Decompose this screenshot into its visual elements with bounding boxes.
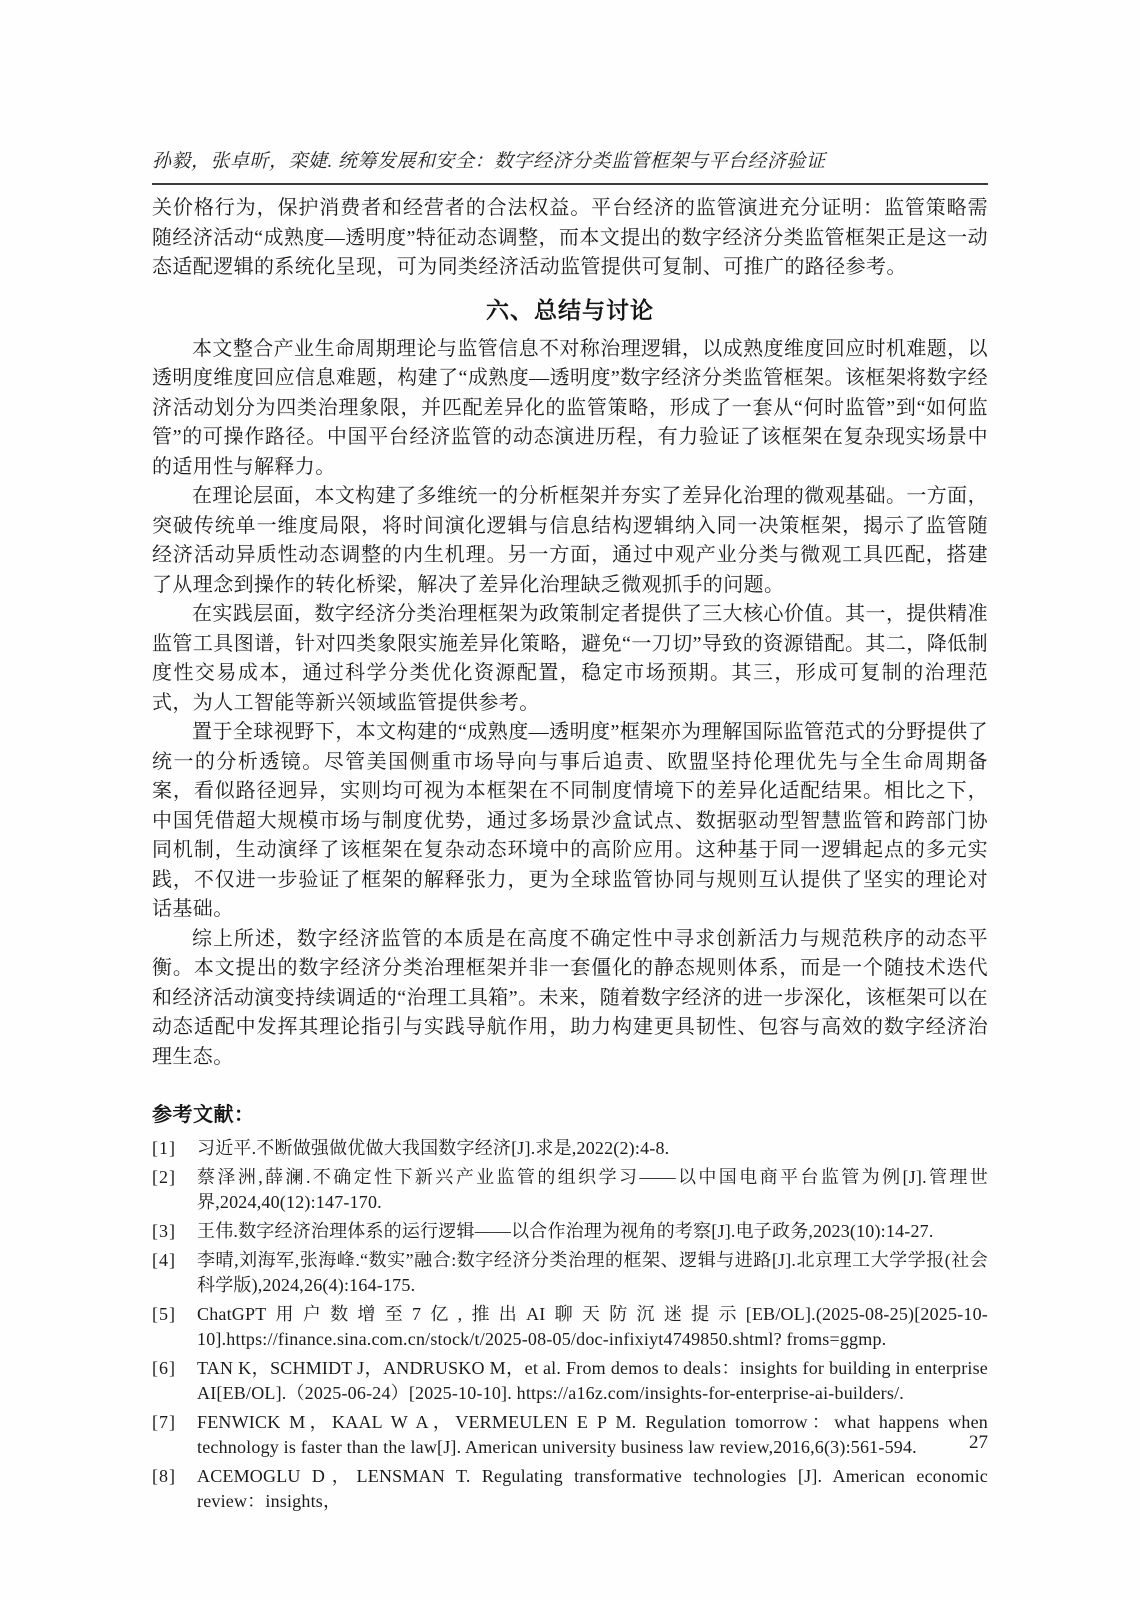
reference-text: ChatGPT用户数增至7亿,推出AI聊天防沉迷提示[EB/OL].(2025-… xyxy=(197,1302,988,1352)
reference-text: 李晴,刘海军,张海峰.“数实”融合:数字经济分类治理的框架、逻辑与进路[J].北… xyxy=(197,1248,988,1298)
reference-item: [8] ACEMOGLU D，LENSMAN T. Regulating tra… xyxy=(152,1464,988,1514)
body-paragraph: 本文整合产业生命周期理论与监管信息不对称治理逻辑，以成熟度维度回应时机难题，以透… xyxy=(152,335,988,483)
reference-item: [3] 王伟.数字经济治理体系的运行逻辑——以合作治理为视角的考察[J].电子政… xyxy=(152,1219,988,1244)
reference-item: [2] 蔡泽洲,薛澜.不确定性下新兴产业监管的组织学习——以中国电商平台监管为例… xyxy=(152,1165,988,1215)
reference-text: 习近平.不断做强做优做大我国数字经济[J].求是,2022(2):4-8. xyxy=(197,1136,988,1161)
reference-item: [4] 李晴,刘海军,张海峰.“数实”融合:数字经济分类治理的框架、逻辑与进路[… xyxy=(152,1248,988,1298)
reference-number: [8] xyxy=(152,1464,197,1489)
running-header: 孙毅，张卓昕，栾婕. 统筹发展和安全：数字经济分类监管框架与平台经济验证 xyxy=(152,150,988,185)
body-paragraph: 在理论层面，本文构建了多维统一的分析框架并夯实了差异化治理的微观基础。一方面，突… xyxy=(152,482,988,600)
reference-text: TAN K，SCHMIDT J，ANDRUSKO M，et al. From d… xyxy=(197,1356,988,1406)
reference-text: ACEMOGLU D，LENSMAN T. Regulating transfo… xyxy=(197,1464,988,1514)
reference-number: [6] xyxy=(152,1356,197,1381)
body-paragraph: 置于全球视野下，本文构建的“成熟度—透明度”框架亦为理解国际监管范式的分野提供了… xyxy=(152,718,988,925)
reference-item: [7] FENWICK M，KAAL W A，VERMEULEN E P M. … xyxy=(152,1410,988,1460)
document-page: 孙毅，张卓昕，栾婕. 统筹发展和安全：数字经济分类监管框架与平台经济验证 关价格… xyxy=(0,0,1140,1600)
references-list: [1] 习近平.不断做强做优做大我国数字经济[J].求是,2022(2):4-8… xyxy=(152,1136,988,1514)
body-paragraph-continuation: 关价格行为，保护消费者和经营者的合法权益。平台经济的监管演进充分证明：监管策略需… xyxy=(152,194,988,283)
body-paragraph: 综上所述，数字经济监管的本质是在高度不确定性中寻求创新活力与规范秩序的动态平衡。… xyxy=(152,925,988,1073)
reference-text: 王伟.数字经济治理体系的运行逻辑——以合作治理为视角的考察[J].电子政务,20… xyxy=(197,1219,988,1244)
body-text-block: 关价格行为，保护消费者和经营者的合法权益。平台经济的监管演进充分证明：监管策略需… xyxy=(152,194,988,1072)
reference-number: [2] xyxy=(152,1165,197,1190)
references-heading: 参考文献： xyxy=(152,1102,988,1128)
reference-number: [5] xyxy=(152,1302,197,1327)
section-heading: 六、总结与讨论 xyxy=(152,295,988,325)
body-paragraph: 在实践层面，数字经济分类治理框架为政策制定者提供了三大核心价值。其一，提供精准监… xyxy=(152,600,988,718)
page-number: 27 xyxy=(969,1432,988,1454)
reference-item: [5] ChatGPT用户数增至7亿,推出AI聊天防沉迷提示[EB/OL].(2… xyxy=(152,1302,988,1352)
reference-number: [7] xyxy=(152,1410,197,1435)
reference-number: [3] xyxy=(152,1219,197,1244)
reference-text: FENWICK M，KAAL W A，VERMEULEN E P M. Regu… xyxy=(197,1410,988,1460)
reference-number: [1] xyxy=(152,1136,197,1161)
reference-item: [1] 习近平.不断做强做优做大我国数字经济[J].求是,2022(2):4-8… xyxy=(152,1136,988,1161)
reference-item: [6] TAN K，SCHMIDT J，ANDRUSKO M，et al. Fr… xyxy=(152,1356,988,1406)
reference-text: 蔡泽洲,薛澜.不确定性下新兴产业监管的组织学习——以中国电商平台监管为例[J].… xyxy=(197,1165,988,1215)
reference-number: [4] xyxy=(152,1248,197,1273)
